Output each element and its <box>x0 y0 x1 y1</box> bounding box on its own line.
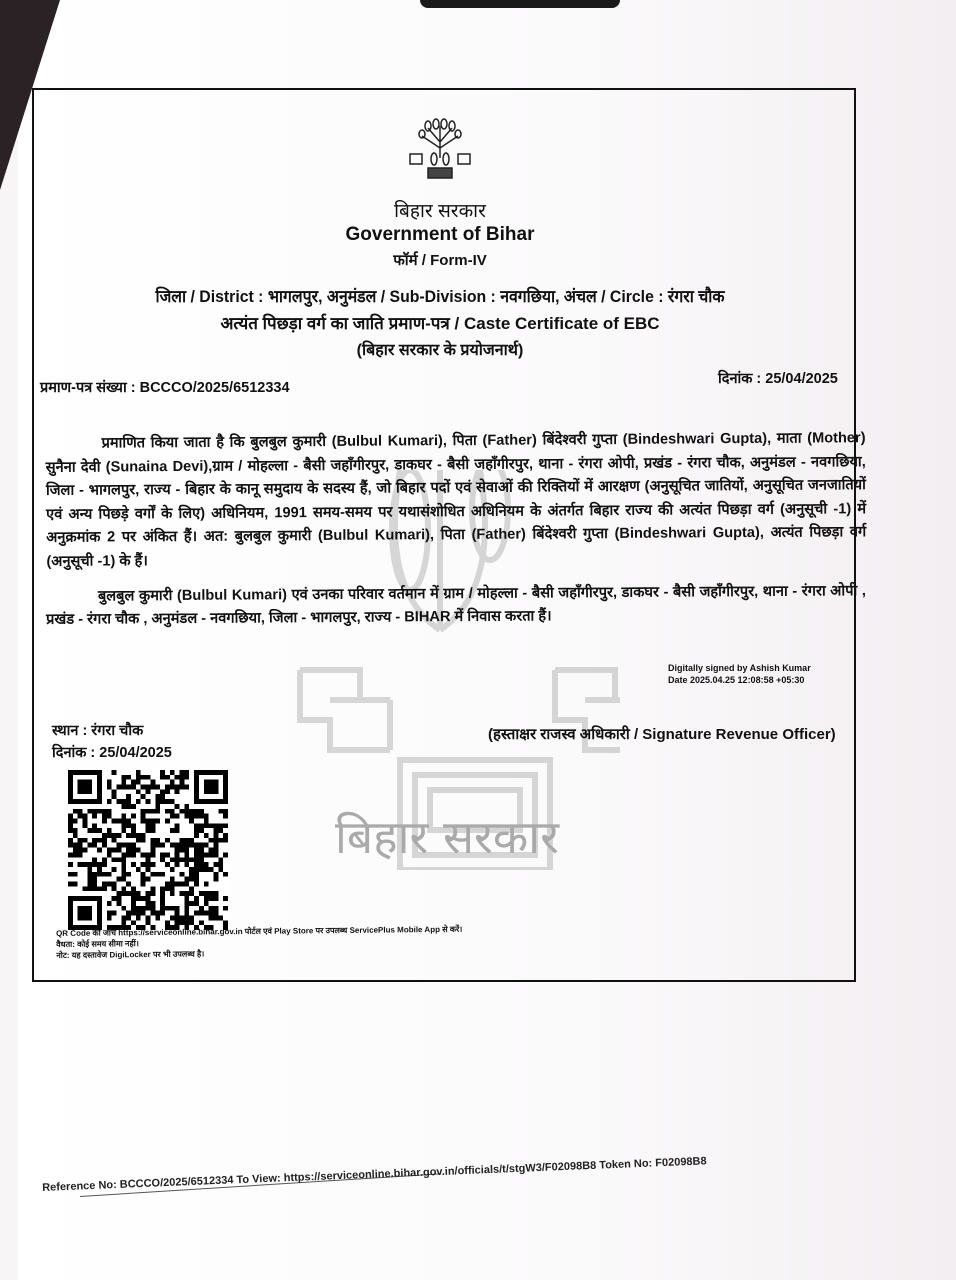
qr-notes: QR Code की जाँच https://serviceonline.bi… <box>56 924 463 961</box>
certificate-purpose: (बिहार सरकार के प्रयोजनार्थ) <box>0 338 880 360</box>
header-title: Government of Bihar <box>0 224 880 246</box>
digital-signature: Digitally signed by Ashish Kumar Date 20… <box>668 662 811 686</box>
form-number: फॉर्म / Form-IV <box>0 250 880 270</box>
digital-signature-date: Date 2025.04.25 12:08:58 +05:30 <box>668 674 811 686</box>
residence-paragraph: बुलबुल कुमारी (Bulbul Kumari) एवं उनका प… <box>46 580 866 632</box>
header-hindi-title: बिहार सरकार <box>0 197 880 223</box>
photo-shadow <box>420 0 620 8</box>
bihar-government-emblem-icon <box>406 118 474 180</box>
qr-code-icon[interactable] <box>62 770 234 930</box>
watermark-text: बिहार सरकार <box>335 805 559 867</box>
certificate-type: अत्यंत पिछड़ा वर्ग का जाति प्रमाण-पत्र /… <box>0 311 880 334</box>
issue-date-line: दिनांक : 25/04/2025 <box>52 742 172 762</box>
certification-text: प्रमाणित किया जाता है कि बुलबुल कुमारी (… <box>46 430 867 569</box>
district-line: जिला / District : भागलपुर, अनुमंडल / Sub… <box>59 284 822 307</box>
certification-paragraph: प्रमाणित किया जाता है कि बुलबुल कुमारी (… <box>46 427 867 574</box>
signature-label: (हस्ताक्षर राजस्व अधिकारी / Signature Re… <box>488 724 836 744</box>
digital-signature-signer: Digitally signed by Ashish Kumar <box>668 662 811 674</box>
certificate-date: दिनांक : 25/04/2025 <box>718 368 838 388</box>
place-line: स्थान : रंगरा चौक <box>52 720 143 740</box>
residence-text: बुलबुल कुमारी (Bulbul Kumari) एवं उनका प… <box>46 583 866 628</box>
certificate-number: प्रमाण-पत्र संख्या : BCCCO/2025/6512334 <box>40 377 290 397</box>
